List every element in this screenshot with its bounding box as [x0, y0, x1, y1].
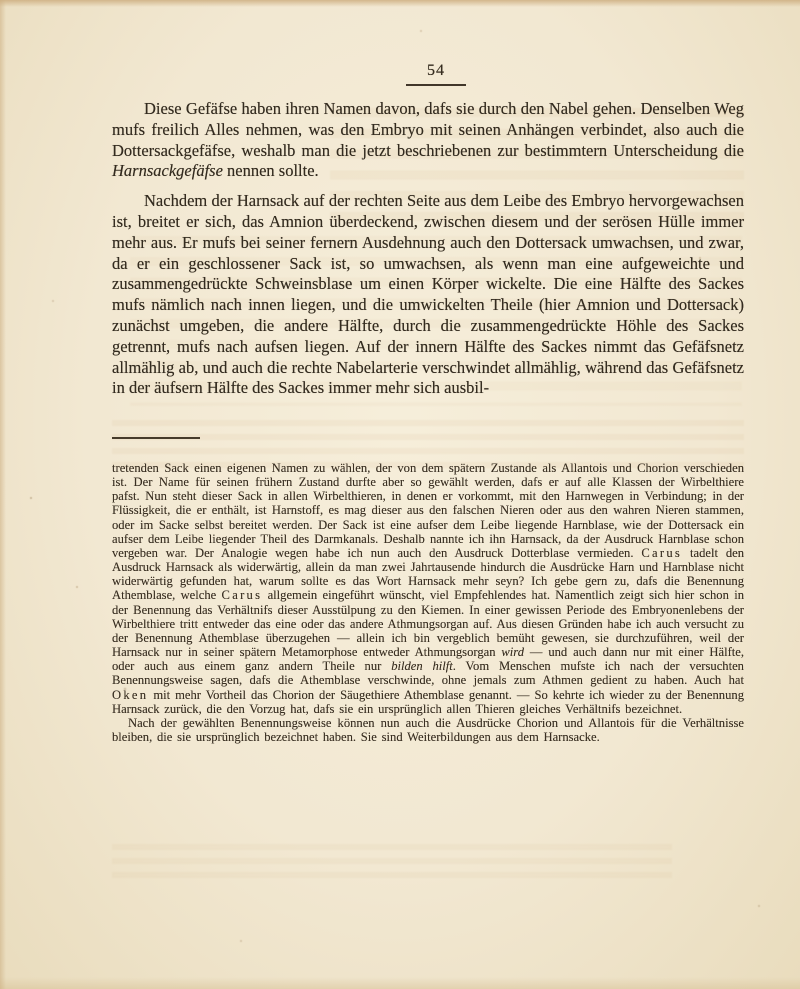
main-paragraph: Diese Gefäfse haben ihren Namen davon, d…	[112, 99, 744, 182]
page-header: 54	[120, 62, 752, 86]
main-paragraph: Nachdem der Harnsack auf der rechten Sei…	[112, 191, 744, 399]
footnote-paragraph: tretenden Sack einen eigenen Namen zu wä…	[112, 461, 744, 716]
main-text: Diese Gefäfse haben ihren Namen davon, d…	[112, 99, 744, 408]
book-page: 54 Diese Gefäfse haben ihren Namen davon…	[0, 0, 800, 989]
footnote-text: tretenden Sack einen eigenen Namen zu wä…	[112, 461, 744, 744]
page-number: 54	[427, 62, 445, 80]
bleedthrough-texture	[112, 844, 672, 878]
paper-specks	[0, 0, 2, 2]
footnote-paragraph: Nach der gewählten Benennungsweise könne…	[112, 716, 744, 744]
footnote-separator	[112, 437, 200, 439]
page-number-rule	[406, 84, 466, 86]
